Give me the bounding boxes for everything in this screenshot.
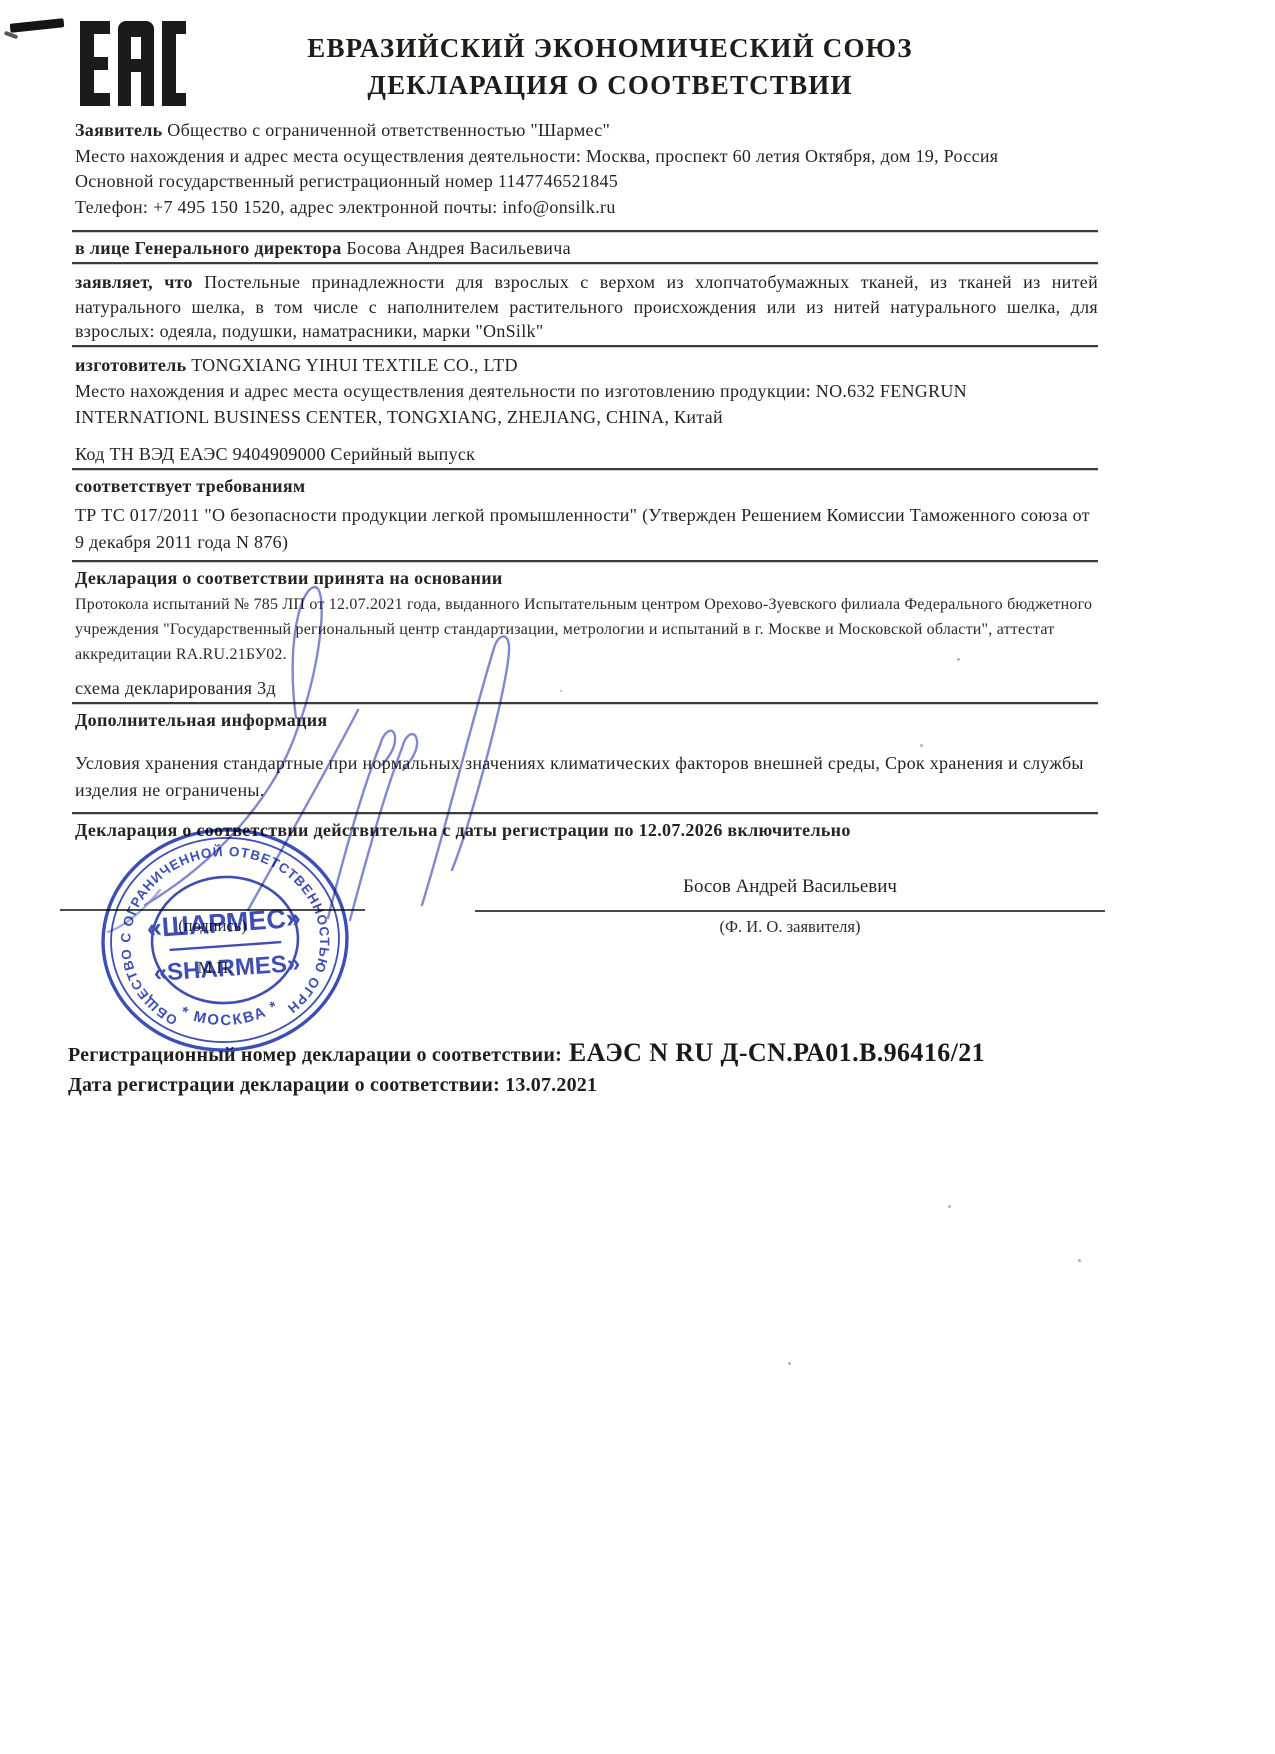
registration-date-value: 13.07.2021: [500, 1074, 597, 1096]
product-code-line: Код ТН ВЭД ЕАЭС 9404909000 Серийный выпу…: [75, 442, 1098, 468]
signer-name: Босов Андрей Васильевич: [475, 876, 1105, 898]
signer-name-block: Босов Андрей Васильевич (Ф. И. О. заявит…: [475, 876, 1105, 937]
section-divider: [72, 468, 1098, 470]
signer-name-caption: (Ф. И. О. заявителя): [475, 917, 1105, 937]
manufacturer-section: изготовитель TONGXIANG YIHUI TEXTILE CO.…: [75, 352, 1098, 430]
director-label: в лице Генерального директора: [75, 238, 342, 258]
declares-text: Постельные принадлежности для взрослых с…: [75, 272, 1098, 341]
handwritten-signature: [100, 560, 560, 950]
director-name: Босова Андрея Васильевича: [342, 238, 571, 258]
director-section: в лице Генерального директора Босова Анд…: [75, 236, 1098, 262]
registration-date-line: Дата регистрации декларации о соответств…: [68, 1074, 597, 1097]
scan-artifact-dash: [10, 18, 65, 33]
declaration-statement: заявляет, что Постельные принадлежности …: [75, 270, 1098, 344]
applicant-label: Заявитель: [75, 120, 162, 140]
applicant-ogrn: Основной государственный регистрационный…: [75, 169, 1098, 195]
declaration-document-page: ЕВРАЗИЙСКИЙ ЭКОНОМИЧЕСКИЙ СОЮЗ ДЕКЛАРАЦИ…: [0, 0, 1275, 1754]
applicant-contacts: Телефон: +7 495 150 1520, адрес электрон…: [75, 195, 1098, 221]
section-divider: [72, 230, 1098, 232]
registration-date-label: Дата регистрации декларации о соответств…: [68, 1074, 500, 1096]
document-title: ЕВРАЗИЙСКИЙ ЭКОНОМИЧЕСКИЙ СОЮЗ ДЕКЛАРАЦИ…: [160, 30, 1060, 104]
title-union: ЕВРАЗИЙСКИЙ ЭКОНОМИЧЕСКИЙ СОЮЗ: [160, 30, 1060, 67]
section-divider: [72, 262, 1098, 264]
applicant-line: Заявитель Общество с ограниченной ответс…: [75, 118, 1098, 144]
compliance-text: ТР ТС 017/2011 "О безопасности продукции…: [75, 502, 1098, 556]
registration-number-line: Регистрационный номер декларации о соотв…: [68, 1038, 1228, 1068]
manufacturer-name: TONGXIANG YIHUI TEXTILE CO., LTD: [186, 355, 517, 375]
applicant-address: Место нахождения и адрес места осуществл…: [75, 144, 1098, 170]
manufacturer-address: Место нахождения и адрес места осуществл…: [75, 378, 1098, 430]
declares-label: заявляет, что: [75, 272, 193, 292]
manufacturer-label: изготовитель: [75, 355, 186, 375]
registration-number-label: Регистрационный номер декларации о соотв…: [68, 1044, 562, 1066]
signer-name-line: [475, 910, 1105, 912]
applicant-name: Общество с ограниченной ответственностью…: [162, 120, 610, 140]
title-declaration: ДЕКЛАРАЦИЯ О СООТВЕТСТВИИ: [160, 67, 1060, 104]
section-divider: [72, 345, 1098, 347]
registration-number-value: ЕАЭС N RU Д-CN.РА01.В.96416/21: [562, 1038, 985, 1067]
compliance-label: соответствует требованиям: [75, 474, 1098, 500]
manufacturer-line: изготовитель TONGXIANG YIHUI TEXTILE CO.…: [75, 352, 1098, 378]
applicant-section: Заявитель Общество с ограниченной ответс…: [75, 118, 1098, 220]
